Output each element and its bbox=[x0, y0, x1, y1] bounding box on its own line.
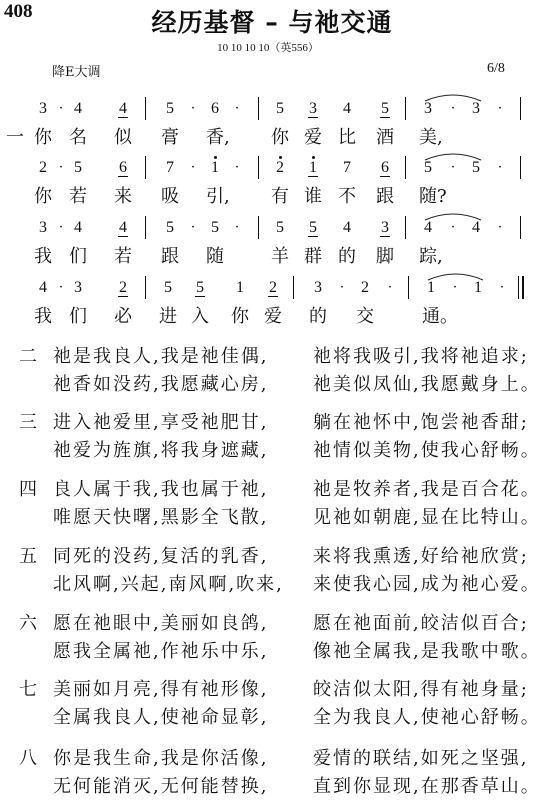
verse-line-second-half: 来使我心园,成为祂心爱。 bbox=[313, 576, 540, 594]
verse-number: 六 bbox=[19, 615, 37, 633]
verse-line-second-half: 躺在祂怀中,饱尝祂香甜; bbox=[313, 414, 529, 432]
verse-line-first-half: 唯愿天快曙,黑影全飞散, bbox=[53, 509, 268, 527]
verse-line-first-half: 同死的没药,复活的乳香, bbox=[53, 548, 268, 566]
verse-line-second-half: 像祂全属我,是我歌中歌。 bbox=[313, 643, 540, 661]
verse-line-second-half: 全为我良人,使祂心舒畅。 bbox=[313, 709, 540, 727]
verse-line-first-half: 进入祂爱里,享受祂肥甘, bbox=[53, 414, 268, 432]
verse-line-second-half: 祂将我吸引,我将祂追求; bbox=[313, 348, 529, 366]
verse-line-first-half: 愿我全属祂,作祂乐中乐, bbox=[53, 643, 268, 661]
verse-number: 二 bbox=[19, 348, 37, 366]
verse-line-first-half: 北风啊,兴起,南风啊,吹来, bbox=[53, 576, 284, 594]
verse-line-first-half: 你是我生命,我是你活像, bbox=[53, 750, 268, 768]
verse-line-first-half: 良人属于我,我也属于祂, bbox=[53, 481, 268, 499]
verse-line-first-half: 全属我良人,使祂命显彰, bbox=[53, 709, 268, 727]
verse-line-second-half: 祂美似凤仙,我愿戴身上。 bbox=[313, 376, 540, 394]
verse-line-first-half: 无何能消灭,无何能替换, bbox=[53, 778, 268, 796]
verse-line-first-half: 祂是我良人,我是祂佳偶, bbox=[53, 348, 268, 366]
verse-number: 七 bbox=[19, 681, 37, 699]
verse-line-first-half: 祂香如没药,我愿藏心房, bbox=[53, 376, 268, 394]
verse-number: 八 bbox=[19, 750, 37, 768]
verse-line-second-half: 愿在祂面前,皎洁似百合; bbox=[313, 615, 529, 633]
verse-number: 三 bbox=[19, 414, 37, 432]
verse-line-first-half: 愿在祂眼中,美丽如良鸽, bbox=[53, 615, 268, 633]
verse-line-second-half: 直到你显现,在那香草山。 bbox=[313, 778, 540, 796]
verses-section: 二祂是我良人,我是祂佳偶,祂将我吸引,我将祂追求;祂香如没药,我愿藏心房,祂美似… bbox=[0, 0, 540, 808]
verse-line-second-half: 来将我熏透,好给祂欣赏; bbox=[313, 548, 529, 566]
verse-line-second-half: 祂情似美物,使我心舒畅。 bbox=[313, 442, 540, 460]
verse-line-second-half: 见祂如朝鹿,显在比特山。 bbox=[313, 509, 540, 527]
verse-line-second-half: 皎洁似太阳,得有祂身量; bbox=[313, 681, 529, 699]
verse-number: 四 bbox=[19, 481, 37, 499]
verse-number: 五 bbox=[19, 548, 37, 566]
verse-line-first-half: 祂爱为旌旗,将我身遮藏, bbox=[53, 442, 268, 460]
verse-line-second-half: 爱情的联结,如死之坚强, bbox=[313, 750, 528, 768]
verse-line-second-half: 祂是牧养者,我是百合花。 bbox=[313, 481, 540, 499]
verse-line-first-half: 美丽如月亮,得有祂形像, bbox=[53, 681, 268, 699]
